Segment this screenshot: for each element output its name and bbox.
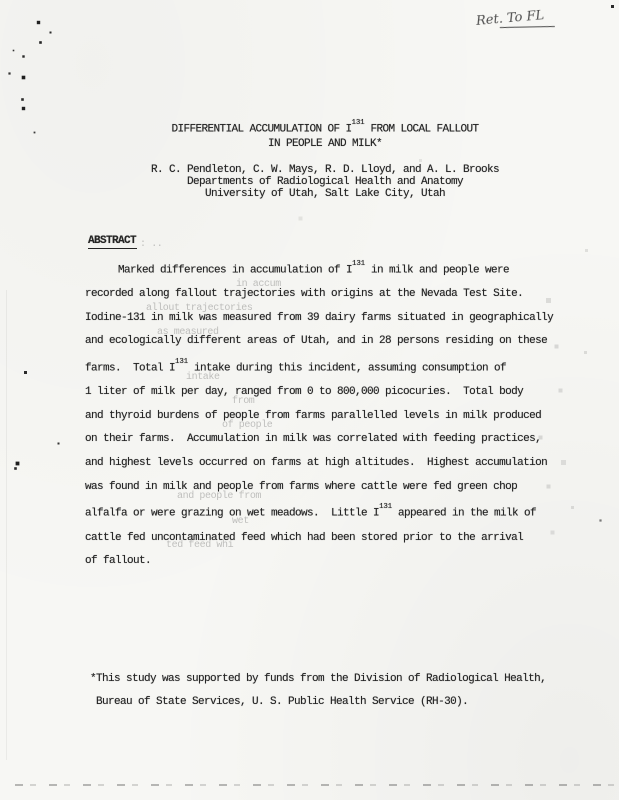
ghost-text-fragment: : .. xyxy=(140,239,162,250)
abstract-line: and thyroid burdens of people from farms… xyxy=(85,405,585,429)
ghost-text-fragment: ted feed whi xyxy=(166,540,233,551)
abstract-line: Marked differences in accumulation of I1… xyxy=(85,256,585,283)
superscript: 131 xyxy=(352,119,365,127)
superscript: 131 xyxy=(352,260,365,268)
affiliation-line2: University of Utah, Salt Lake City, Utah xyxy=(85,188,565,200)
author-block: R. C. Pendleton, C. W. Mays, R. D. Lloyd… xyxy=(85,164,565,201)
footnote-line2: Bureau of State Services, U. S. Public H… xyxy=(90,691,600,714)
scan-smudges xyxy=(0,0,1,1)
abstract-line: on their farms. Accumulation in milk was… xyxy=(85,428,585,452)
ghost-text-fragment: in accum xyxy=(236,279,281,290)
ghost-text-fragment: wet xyxy=(232,516,249,527)
superscript: 131 xyxy=(379,503,392,511)
handwritten-note: Ret. To FL xyxy=(475,8,544,29)
abstract-line: was found in milk and people from farms … xyxy=(85,476,585,500)
scan-bottom-edge-artifact xyxy=(15,784,619,786)
abstract-line: farms. Total I131 intake during this inc… xyxy=(85,354,585,381)
abstract-line: of fallout. xyxy=(85,550,585,574)
abstract-line: 1 liter of milk per day, ranged from 0 t… xyxy=(85,381,585,405)
paper-title-line2: IN PEOPLE AND MILK* xyxy=(85,137,565,151)
paper-title-line1: DIFFERENTIAL ACCUMULATION OF I131 FROM L… xyxy=(85,119,565,137)
affiliation-line1: Departments of Radiological Health and A… xyxy=(85,176,565,188)
superscript: 131 xyxy=(175,358,188,366)
authors-line: R. C. Pendleton, C. W. Mays, R. D. Lloyd… xyxy=(85,164,565,176)
scanned-paper-page: Ret. To FL DIFFERENTIAL ACCUMULATION OF … xyxy=(0,0,619,800)
ghost-text-fragment: from xyxy=(232,396,254,407)
abstract-line: and highest levels occurred on farms at … xyxy=(85,452,585,476)
ghost-text-fragment: and people from xyxy=(177,491,261,502)
abstract-line: alfalfa or were grazing on wet meadows. … xyxy=(85,499,585,526)
abstract-heading: ABSTRACT xyxy=(88,235,137,249)
ghost-text-fragment: as measured xyxy=(157,327,219,338)
footnote-line1: *This study was supported by funds from … xyxy=(90,668,600,691)
scan-left-edge-artifact xyxy=(6,290,7,760)
ghost-text-fragment: of people xyxy=(222,420,272,431)
abstract-line: cattle fed uncontaminated feed which had… xyxy=(85,527,585,551)
ghost-text-fragment: allout trajectories xyxy=(146,303,252,314)
paper-title: DIFFERENTIAL ACCUMULATION OF I131 FROM L… xyxy=(85,119,565,151)
footnote-block: *This study was supported by funds from … xyxy=(90,668,600,713)
ghost-text-fragment: intake xyxy=(186,372,220,383)
